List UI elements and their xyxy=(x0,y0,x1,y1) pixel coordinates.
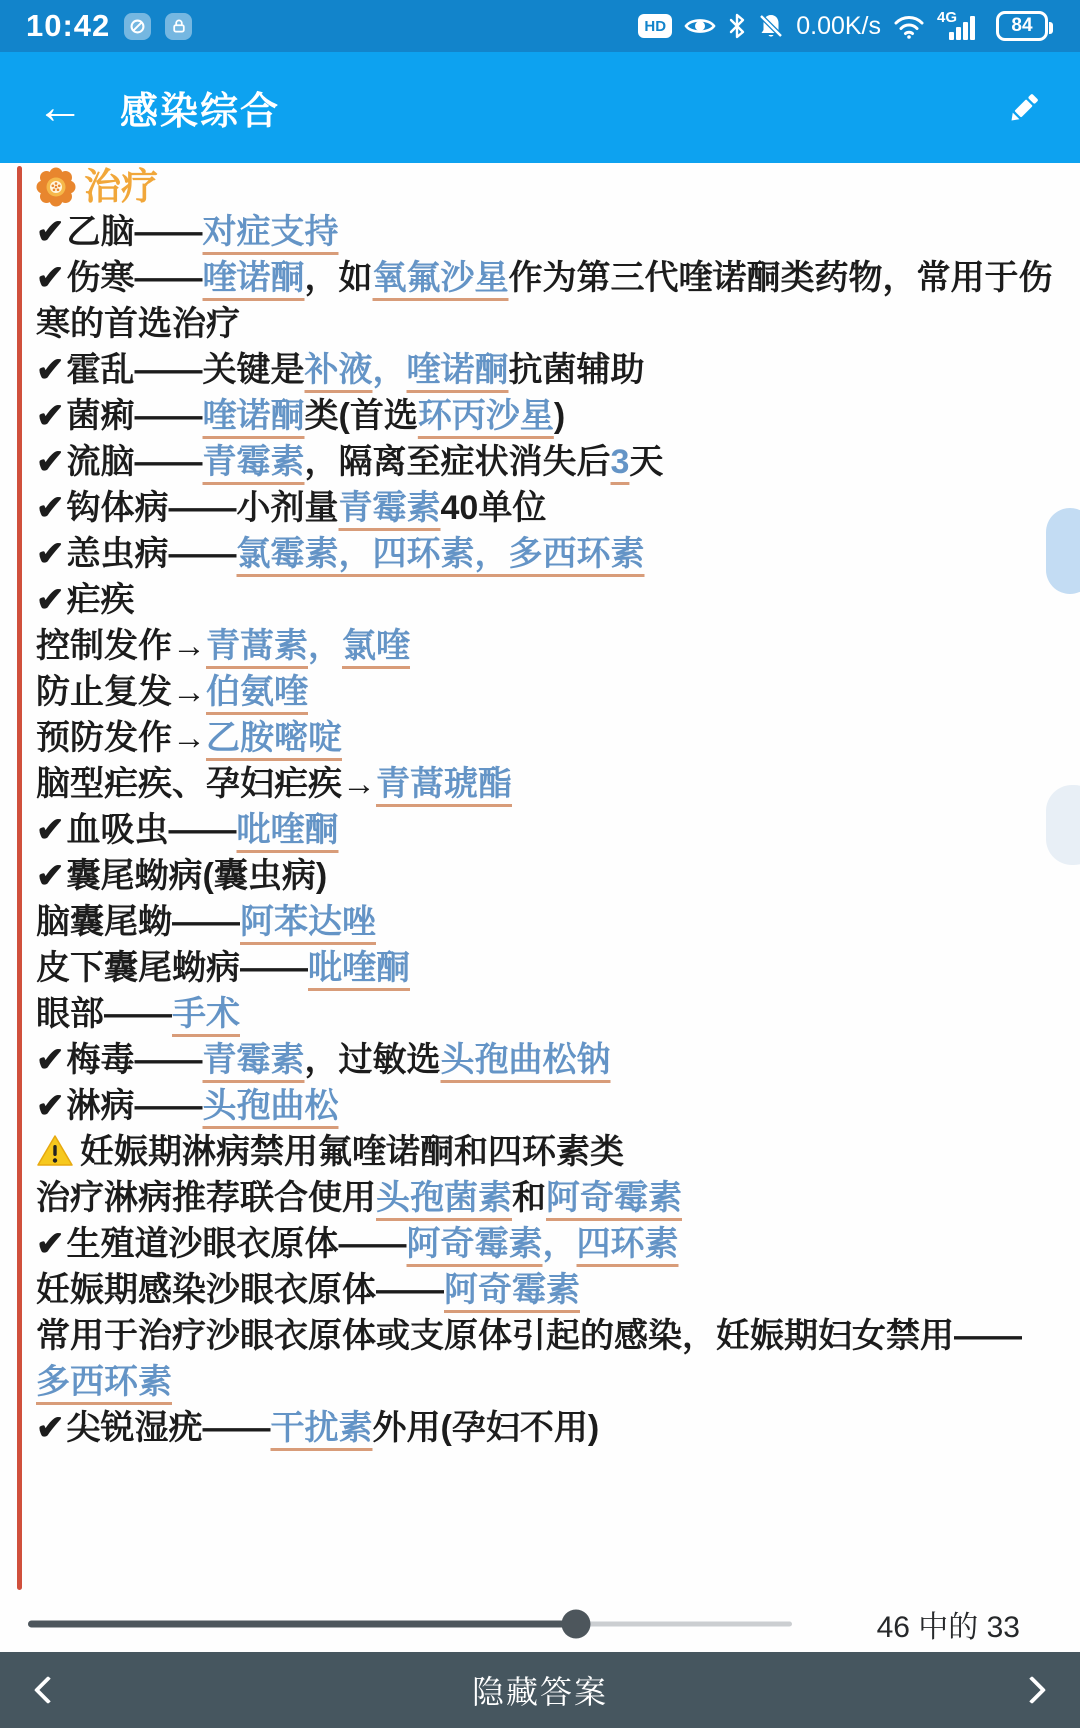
text-segment: 预防发作→ xyxy=(36,719,206,757)
drug-term: 喹诺酮 xyxy=(407,351,509,389)
bluetooth-icon xyxy=(728,12,746,40)
drug-term: 伯氨喹 xyxy=(206,673,308,711)
check-icon: ✔ xyxy=(36,1225,65,1263)
slider-thumb[interactable] xyxy=(562,1609,591,1638)
check-icon: ✔ xyxy=(36,213,65,251)
text-segment: ，过敏选 xyxy=(305,1041,441,1079)
quick-scroll-handle[interactable] xyxy=(1046,508,1080,594)
net-speed: 0.00K/s xyxy=(796,12,881,41)
section-header-label: 治疗 xyxy=(84,164,158,210)
check-icon: ✔ xyxy=(36,857,65,895)
status-bar: 10:42 HD 0.00K/s 4G xyxy=(0,0,1080,52)
drug-term: 青蒿琥酯 xyxy=(376,765,512,803)
next-card-chevron-icon[interactable] xyxy=(1018,1676,1046,1704)
note-line: ✔淋病——头孢曲松 xyxy=(36,1083,1054,1129)
section-header: 治疗 xyxy=(36,165,1054,209)
screen: 10:42 HD 0.00K/s 4G xyxy=(0,0,1080,1728)
status-icons: HD 0.00K/s 4G 84 xyxy=(638,11,1054,41)
hd-icon: HD xyxy=(638,14,672,38)
text-segment: ，隔离至症状消失后 xyxy=(305,443,611,481)
drug-term: 氯霉素，四环素，多西环素 xyxy=(237,535,645,573)
text-segment: 流脑—— xyxy=(67,443,203,481)
note-line: 预防发作→乙胺嘧啶 xyxy=(36,715,1054,761)
battery-level: 84 xyxy=(1011,15,1032,37)
progress-label: 46 中的 33 xyxy=(877,1602,1020,1646)
prev-card-chevron-icon[interactable] xyxy=(34,1676,62,1704)
text-segment: ) xyxy=(554,397,565,435)
check-icon: ✔ xyxy=(36,1041,65,1079)
note-line: 脑囊尾蚴——阿苯达唑 xyxy=(36,899,1054,945)
drug-term: 青霉素 xyxy=(203,1041,305,1079)
note-line: 控制发作→青蒿素，氯喹 xyxy=(36,623,1054,669)
text-segment: 钩体病——小剂量 xyxy=(67,489,339,527)
text-segment: 菌痢—— xyxy=(67,397,203,435)
drug-term: 阿奇霉素 xyxy=(407,1225,543,1263)
drug-term: 头孢曲松钠 xyxy=(441,1041,611,1079)
edit-pencil-icon[interactable] xyxy=(1004,88,1044,128)
drug-term: 阿奇霉素 xyxy=(546,1179,682,1217)
drug-term: 头孢曲松 xyxy=(203,1087,339,1125)
drug-term: 头孢菌素 xyxy=(376,1179,512,1217)
check-icon: ✔ xyxy=(36,1087,65,1125)
drug-term: 手术 xyxy=(172,995,240,1033)
text-segment: 抗菌辅助 xyxy=(509,351,645,389)
drug-term: 乙胺嘧啶 xyxy=(206,719,342,757)
drug-term: 四环素 xyxy=(577,1225,679,1263)
note-line: ✔梅毒——青霉素，过敏选头孢曲松钠 xyxy=(36,1037,1054,1083)
network-type-label: 4G xyxy=(937,9,957,26)
text-segment: 梅毒—— xyxy=(67,1041,203,1079)
text-segment: 霍乱——关键是 xyxy=(67,351,305,389)
note-line: ✔尖锐湿疣——干扰素外用(孕妇不用) xyxy=(36,1405,1054,1451)
drug-term: 补液 xyxy=(305,351,373,389)
drug-term: 3 xyxy=(611,443,630,481)
text-segment: 疟疾 xyxy=(67,581,135,619)
text-segment: 常用于治疗沙眼衣原体或支原体引起的感染，妊娠期妇女禁用—— xyxy=(36,1317,1022,1355)
lock-notification-icon xyxy=(165,13,192,40)
text-segment: 控制发作→ xyxy=(36,627,206,665)
drug-term: 吡喹酮 xyxy=(237,811,339,849)
text-segment: 皮下囊尾蚴病—— xyxy=(36,949,308,987)
text-segment: 40单位 xyxy=(441,489,547,527)
warning-icon xyxy=(36,1134,74,1168)
note-line: ✔血吸虫——吡喹酮 xyxy=(36,807,1054,853)
drug-term: 多西环素 xyxy=(36,1363,172,1401)
drug-term: 吡喹酮 xyxy=(308,949,410,987)
note-body: ✔乙脑——对症支持✔伤寒——喹诺酮，如氧氟沙星作为第三代喹诺酮类药物，常用于伤寒… xyxy=(36,209,1054,1451)
note-line: ✔乙脑——对症支持 xyxy=(36,209,1054,255)
drug-term: 阿苯达唑 xyxy=(240,903,376,941)
card-content: 治疗 ✔乙脑——对症支持✔伤寒——喹诺酮，如氧氟沙星作为第三代喹诺酮类药物，常用… xyxy=(0,163,1080,1595)
text-segment: 类(首选 xyxy=(305,397,418,435)
slider-fill xyxy=(28,1620,576,1627)
text-segment: 眼部—— xyxy=(36,995,172,1033)
text-segment: 淋病—— xyxy=(67,1087,203,1125)
drug-term: 喹诺酮 xyxy=(203,259,305,297)
check-icon: ✔ xyxy=(36,397,65,435)
note-line: ✔疟疾 xyxy=(36,577,1054,623)
text-segment: 天 xyxy=(629,443,663,481)
note-line: 眼部——手术 xyxy=(36,991,1054,1037)
check-icon: ✔ xyxy=(36,259,65,297)
text-segment: 乙脑—— xyxy=(67,213,203,251)
bell-muted-icon xyxy=(757,12,785,40)
note-line: 治疗淋病推荐联合使用头孢菌素和阿奇霉素 xyxy=(36,1175,1054,1221)
drug-term: 氧氟沙星 xyxy=(373,259,509,297)
check-icon: ✔ xyxy=(36,1409,65,1447)
text-segment: 恙虫病—— xyxy=(67,535,237,573)
check-icon: ✔ xyxy=(36,351,65,389)
quick-scroll-handle-faint xyxy=(1046,785,1080,865)
text-segment: 生殖道沙眼衣原体—— xyxy=(67,1225,407,1263)
check-icon: ✔ xyxy=(36,581,65,619)
deck-title: 感染综合 xyxy=(120,80,280,135)
drug-term: 对症支持 xyxy=(203,213,339,251)
dnd-notification-icon xyxy=(124,13,151,40)
drug-term: 阿奇霉素 xyxy=(444,1271,580,1309)
check-icon: ✔ xyxy=(36,489,65,527)
text-segment: 伤寒—— xyxy=(67,259,203,297)
note-line: ✔囊尾蚴病(囊虫病) xyxy=(36,853,1054,899)
check-icon: ✔ xyxy=(36,443,65,481)
note-line: ✔恙虫病——氯霉素，四环素，多西环素 xyxy=(36,531,1054,577)
note-line: 脑型疟疾、孕妇疟疾→青蒿琥酯 xyxy=(36,761,1054,807)
app-bar: ← 感染综合 xyxy=(0,52,1080,163)
drug-term: 青蒿素 xyxy=(206,627,308,665)
text-segment: 妊娠期淋病禁用氟喹诺酮和四环素类 xyxy=(80,1133,624,1171)
hide-answer-button[interactable]: 隐藏答案 xyxy=(472,1667,608,1713)
drug-term: 环丙沙星 xyxy=(418,397,554,435)
signal-4g-icon: 4G xyxy=(937,11,985,41)
note-line: ✔生殖道沙眼衣原体——阿奇霉素，四环素 xyxy=(36,1221,1054,1267)
text-segment: 妊娠期感染沙眼衣原体—— xyxy=(36,1271,444,1309)
text-segment: 和 xyxy=(512,1179,546,1217)
drug-term: 氯喹 xyxy=(342,627,410,665)
note-line: 防止复发→伯氨喹 xyxy=(36,669,1054,715)
text-segment: ， xyxy=(308,627,342,665)
drug-term: 干扰素 xyxy=(271,1409,373,1447)
text-segment: 脑囊尾蚴—— xyxy=(36,903,240,941)
progress-row: 46 中的 33 xyxy=(0,1595,1080,1652)
note-line: 妊娠期感染沙眼衣原体——阿奇霉素 xyxy=(36,1267,1054,1313)
text-segment: 尖锐湿疣—— xyxy=(67,1409,271,1447)
wifi-icon xyxy=(892,12,926,40)
drug-term: 喹诺酮 xyxy=(203,397,305,435)
note-line: ✔流脑——青霉素，隔离至症状消失后3天 xyxy=(36,439,1054,485)
text-segment: 脑型疟疾、孕妇疟疾→ xyxy=(36,765,376,803)
note-left-border xyxy=(17,166,22,1590)
bottom-bar: 隐藏答案 xyxy=(0,1652,1080,1728)
eye-protection-icon xyxy=(683,13,717,39)
note-line: 妊娠期淋病禁用氟喹诺酮和四环素类 xyxy=(36,1129,1054,1175)
text-segment: ， xyxy=(373,351,407,389)
note-line: ✔菌痢——喹诺酮类(首选环丙沙星) xyxy=(36,393,1054,439)
check-icon: ✔ xyxy=(36,811,65,849)
drug-term: 青霉素 xyxy=(339,489,441,527)
drug-term: 青霉素 xyxy=(203,443,305,481)
battery-icon: 84 xyxy=(996,11,1048,41)
text-segment: ， xyxy=(543,1225,577,1263)
text-segment: ，如 xyxy=(305,259,373,297)
note-line: ✔霍乱——关键是补液，喹诺酮抗菌辅助 xyxy=(36,347,1054,393)
note-line: ✔伤寒——喹诺酮，如氧氟沙星作为第三代喹诺酮类药物，常用于伤寒的首选治疗 xyxy=(36,255,1054,347)
text-segment: 防止复发→ xyxy=(36,673,206,711)
note-line: 常用于治疗沙眼衣原体或支原体引起的感染，妊娠期妇女禁用——多西环素 xyxy=(36,1313,1054,1405)
back-arrow-icon[interactable]: ← xyxy=(36,84,92,132)
text-segment: 血吸虫—— xyxy=(67,811,237,849)
clock: 10:42 xyxy=(26,8,110,44)
check-icon: ✔ xyxy=(36,535,65,573)
text-segment: 治疗淋病推荐联合使用 xyxy=(36,1179,376,1217)
note-line: ✔钩体病——小剂量青霉素40单位 xyxy=(36,485,1054,531)
note-line: 皮下囊尾蚴病——吡喹酮 xyxy=(36,945,1054,991)
text-segment: 囊尾蚴病(囊虫病) xyxy=(67,857,328,895)
progress-slider[interactable] xyxy=(28,1609,792,1639)
text-segment: 外用(孕妇不用) xyxy=(373,1409,600,1447)
rosette-flower-icon xyxy=(36,167,76,207)
